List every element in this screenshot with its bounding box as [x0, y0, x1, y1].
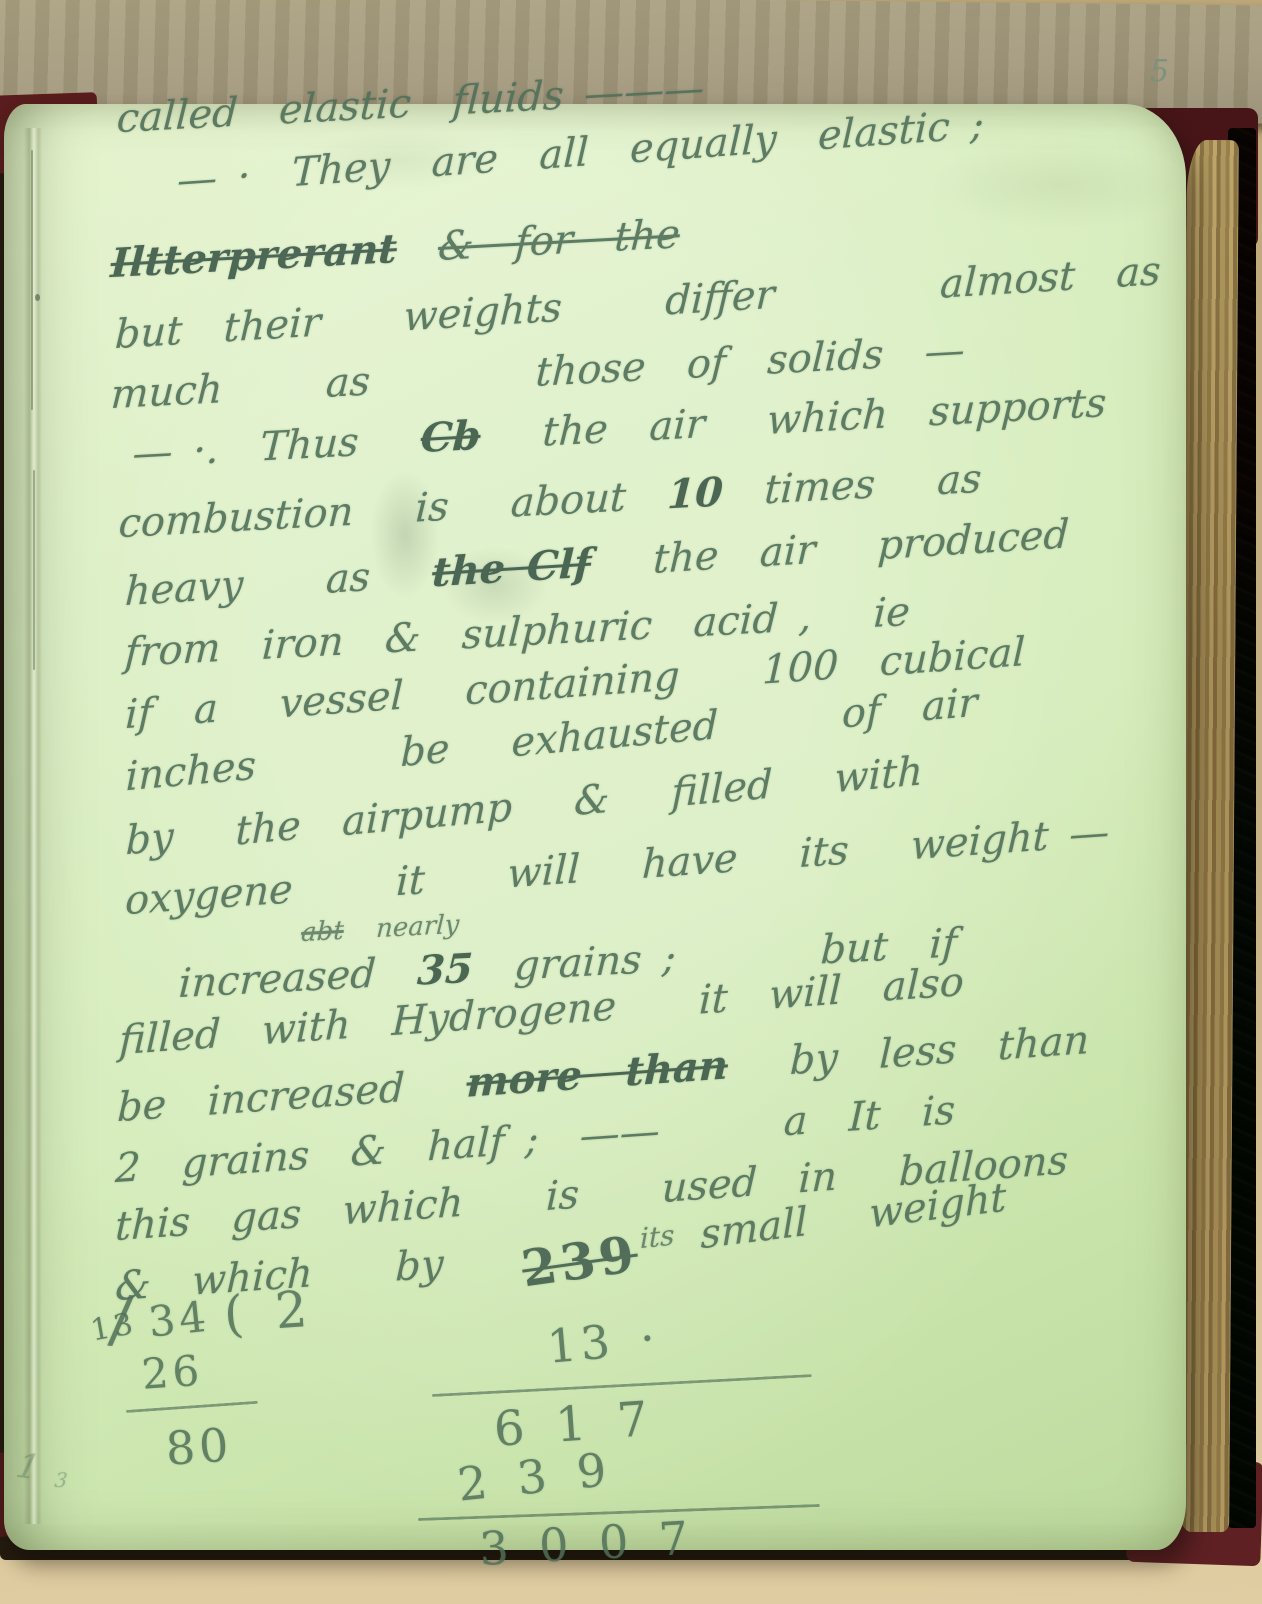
manuscript-line: Iltterprerant & for the	[110, 210, 682, 287]
struck-words: abt	[300, 916, 344, 948]
struck-words: 239	[518, 1224, 641, 1299]
manuscript-words: times as	[722, 456, 983, 516]
struck-words: the Clf	[431, 539, 592, 596]
sum-underline	[126, 1401, 258, 1413]
manuscript-words: /	[106, 1282, 139, 1358]
manuscript-line: 3	[53, 1468, 68, 1492]
manuscript-words: be increased	[116, 1061, 467, 1132]
manuscript-line: 13 ·	[545, 1310, 661, 1374]
manuscript-words	[396, 224, 440, 272]
manuscript-words: combustion is about	[118, 472, 669, 547]
manuscript-line: ( 2	[222, 1280, 313, 1344]
manuscript-words: 3 0 0 7	[478, 1511, 693, 1576]
manuscript-line: 26	[140, 1346, 205, 1399]
manuscript-words: 2 3 9	[455, 1442, 613, 1512]
manuscript-words: 34	[146, 1292, 212, 1347]
manuscript-line: 1	[12, 1446, 43, 1488]
writing-layer: called elastic fluids ———— · They are al…	[0, 0, 1262, 1604]
manuscript-words: the air produced	[590, 511, 1070, 586]
struck-words: Cb	[420, 412, 482, 462]
manuscript-words: by less than	[727, 1017, 1090, 1088]
manuscript-words: nearly	[343, 910, 460, 946]
manuscript-line: 80	[164, 1417, 234, 1476]
manuscript-words: — ·. Thus	[132, 416, 422, 477]
manuscript-words: 13 ·	[545, 1310, 661, 1374]
manuscript-line: 2 3 9	[455, 1442, 613, 1512]
manuscript-line: 34	[146, 1292, 212, 1347]
manuscript-line: 239	[518, 1224, 641, 1299]
manuscript-line: /	[106, 1282, 139, 1358]
manuscript-words: ( 2	[222, 1280, 313, 1344]
manuscript-words: 3	[53, 1468, 68, 1492]
struck-words: Iltterprerant	[110, 225, 399, 287]
manuscript-words: heavy as	[124, 550, 433, 615]
manuscript-words: 35	[416, 945, 474, 995]
page-number: 5	[1150, 54, 1169, 89]
manuscript-line: 3 0 0 7	[478, 1511, 693, 1576]
manuscript-words: 26	[140, 1346, 205, 1399]
manuscript-line: its	[640, 1218, 674, 1255]
manuscript-words: 10	[666, 468, 724, 518]
struck-words: more than	[466, 1041, 729, 1107]
manuscript-words: increased	[178, 949, 419, 1008]
manuscript-words: its	[640, 1218, 674, 1255]
manuscript-line: abt nearly	[300, 910, 460, 948]
manuscript-words: 80	[164, 1417, 234, 1476]
photograph-of-notebook: { "page": { "number": "5" }, "palette": …	[0, 0, 1262, 1604]
struck-words: & for the	[437, 211, 681, 270]
manuscript-words: 1	[12, 1446, 43, 1488]
